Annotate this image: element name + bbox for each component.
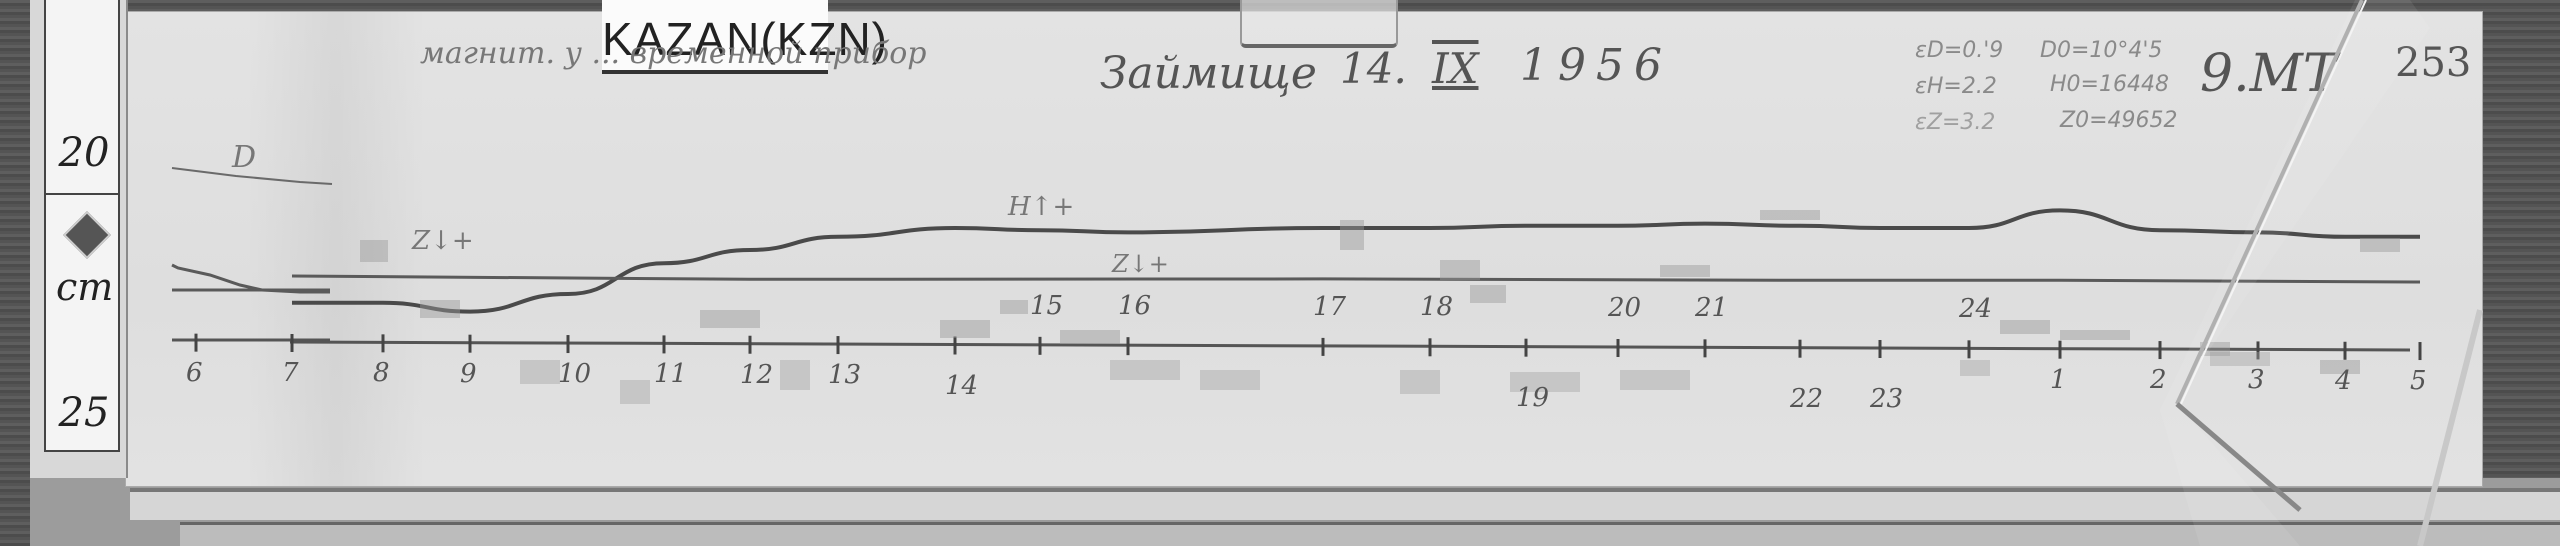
- glass-plate-overlay: [0, 0, 2560, 546]
